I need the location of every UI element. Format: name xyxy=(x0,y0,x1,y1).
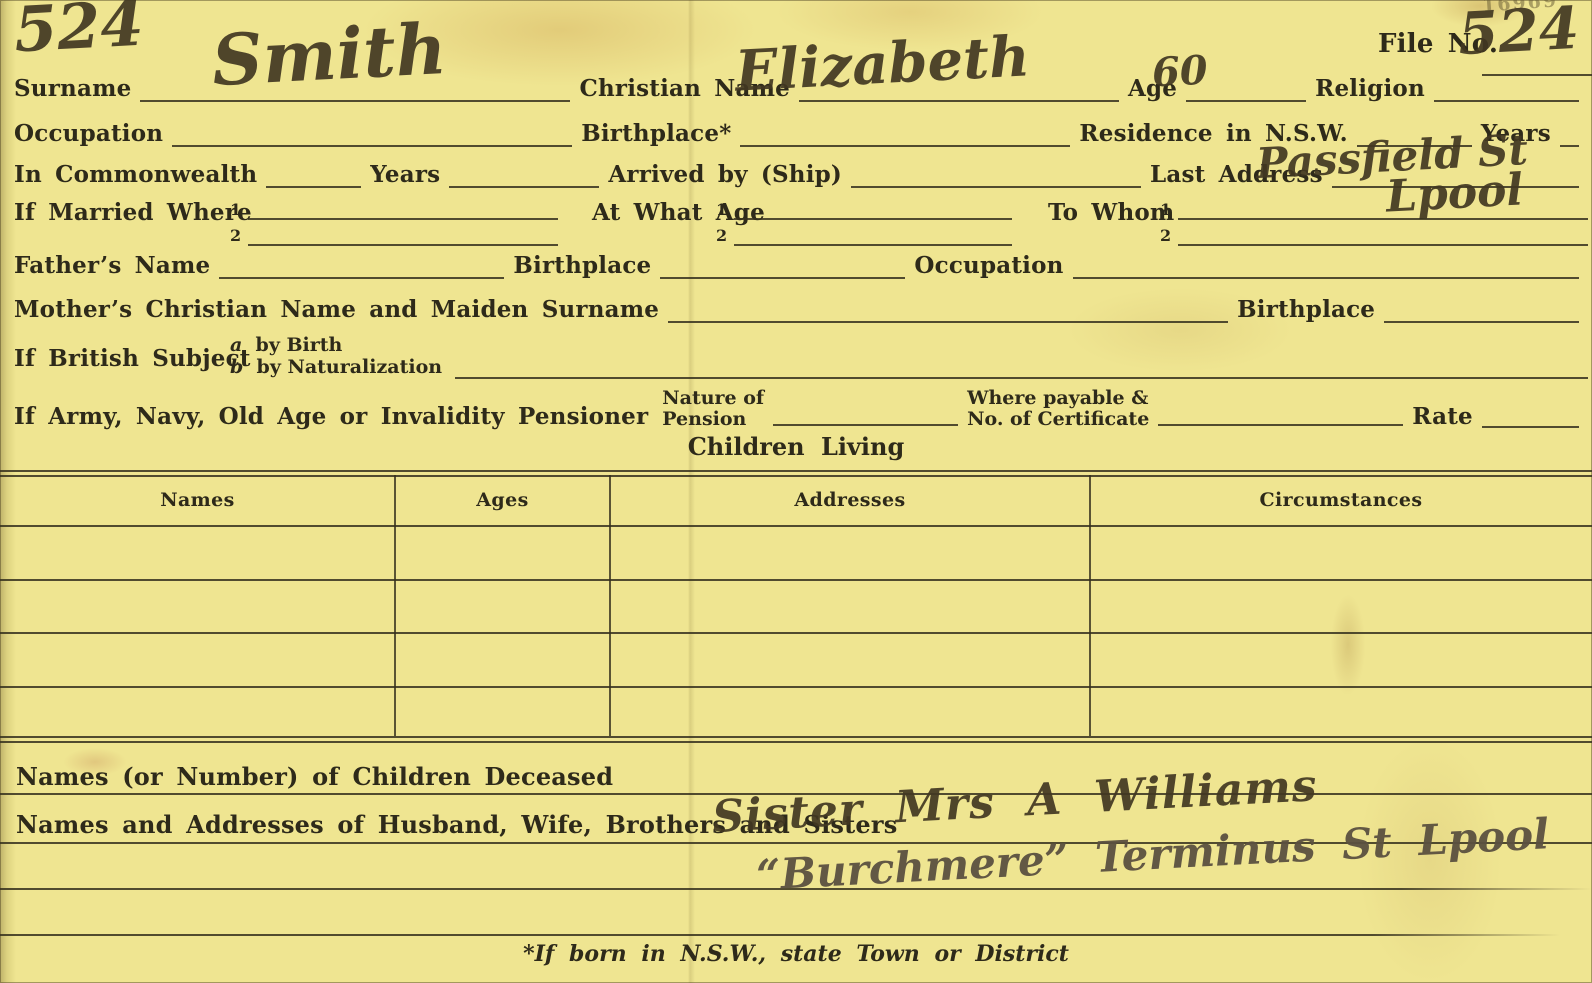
married-frac-1: 1 xyxy=(230,202,241,218)
rate-label: Rate xyxy=(1412,404,1473,430)
rate-line xyxy=(1482,418,1579,428)
footnote: *If born in N.S.W., state Town or Distri… xyxy=(0,941,1592,967)
mothers-name-label: Mother’s Christian Name and Maiden Surna… xyxy=(14,297,659,323)
whom-frac-2: 2 xyxy=(1160,228,1171,244)
table-top-line-outer xyxy=(0,470,1592,472)
commonwealth-years-label: Years xyxy=(370,162,440,188)
table-bottom-line-inner xyxy=(0,741,1592,743)
table-header-names: Names xyxy=(0,489,395,511)
mother-birthplace-line xyxy=(1384,313,1579,323)
birthplace-line xyxy=(740,137,1070,147)
arrived-line xyxy=(851,178,1141,188)
age-frac-1: 1 xyxy=(716,202,727,218)
age-frac-2: 2 xyxy=(716,228,727,244)
pension-registration-card: 16969 524 File No. 524 Surname Christian… xyxy=(0,0,1592,983)
by-naturalization-text: by Naturalization xyxy=(257,356,443,378)
table-header-circumstances: Circumstances xyxy=(1090,489,1592,511)
occupation-line xyxy=(172,137,572,147)
table-bottom-line-outer xyxy=(0,736,1592,738)
birthplace-label: Birthplace* xyxy=(581,121,731,147)
mothers-name-line xyxy=(668,313,1228,323)
surname-value-handwritten: Smith xyxy=(210,14,448,96)
file-no-value-handwritten: 524 xyxy=(1457,0,1581,63)
fathers-name-label: Father’s Name xyxy=(14,253,210,279)
row-father: Father’s Name Birthplace Occupation xyxy=(14,243,1588,279)
to-whom-line-1 xyxy=(1178,218,1588,220)
no-certificate-text: No. of Certificate xyxy=(967,409,1149,430)
card-number-handwritten: 524 xyxy=(12,0,144,61)
option-a-letter: a xyxy=(230,334,242,356)
by-birth-text: by Birth xyxy=(256,334,343,356)
in-commonwealth-label: In Commonwealth xyxy=(14,162,257,188)
fathers-name-line xyxy=(219,269,504,279)
married-frac-2: 2 xyxy=(230,228,241,244)
if-married-where-label: If Married Where xyxy=(14,200,252,225)
father-birthplace-line xyxy=(660,269,905,279)
children-deceased-label: Names (or Number) of Children Deceased xyxy=(16,764,613,790)
father-occupation-label: Occupation xyxy=(914,253,1063,279)
surname-label: Surname xyxy=(14,76,131,102)
table-header-addresses: Addresses xyxy=(610,489,1090,511)
at-age-line-1 xyxy=(734,218,1012,220)
at-what-age-label: At What Age xyxy=(592,200,765,225)
last-address-value2-handwritten: Lpool xyxy=(1385,168,1524,219)
table-vline-names-ages xyxy=(394,475,396,736)
christian-name-value-handwritten: Elizabeth xyxy=(734,28,1031,99)
nature-of-pension-line xyxy=(773,416,958,426)
residence-years-line xyxy=(1560,137,1579,147)
whom-frac-1: 1 xyxy=(1160,202,1171,218)
table-vline-addresses-circumstances xyxy=(1089,475,1091,736)
row-pensioner: If Army, Navy, Old Age or Invalidity Pen… xyxy=(14,382,1588,430)
commonwealth-years-line xyxy=(449,178,599,188)
married-line-1 xyxy=(248,218,558,220)
arrived-by-ship-label: Arrived by (Ship) xyxy=(608,162,842,188)
father-occupation-line xyxy=(1073,269,1579,279)
children-living-title: Children Living xyxy=(0,432,1592,461)
where-payable-text: Where payable & xyxy=(967,388,1149,409)
footer-line xyxy=(0,934,1560,936)
father-birthplace-label: Birthplace xyxy=(513,253,651,279)
by-birth-option: a by Birth xyxy=(230,334,442,356)
by-naturalization-option: b by Naturalization xyxy=(230,356,442,378)
religion-label: Religion xyxy=(1315,76,1425,102)
mother-birthplace-label: Birthplace xyxy=(1237,297,1375,323)
table-top-line-inner xyxy=(0,475,1592,477)
nature-of-pension-label: Nature of Pension xyxy=(662,388,764,430)
age-value-handwritten: 60 xyxy=(1151,51,1209,94)
nature-of-text: Nature of xyxy=(662,388,764,409)
option-b-letter: b xyxy=(230,356,243,378)
pensioner-label: If Army, Navy, Old Age or Invalidity Pen… xyxy=(14,404,648,430)
row-mother: Mother’s Christian Name and Maiden Surna… xyxy=(14,287,1588,323)
table-row-line-1 xyxy=(0,579,1592,581)
occupation-label: Occupation xyxy=(14,121,163,147)
where-payable-label: Where payable & No. of Certificate xyxy=(967,388,1149,430)
table-header-ages: Ages xyxy=(395,489,610,511)
in-commonwealth-line xyxy=(266,178,361,188)
pension-text: Pension xyxy=(662,409,764,430)
table-row-line-2 xyxy=(0,632,1592,634)
british-subject-label: If British Subject xyxy=(14,346,251,371)
british-subject-options: a by Birth b by Naturalization xyxy=(230,334,442,378)
to-whom-label: To Whom xyxy=(1048,200,1174,225)
table-header-bottom-line xyxy=(0,525,1592,527)
where-payable-line xyxy=(1158,416,1403,426)
table-row-line-3 xyxy=(0,686,1592,688)
table-vline-ages-addresses xyxy=(609,475,611,736)
religion-line xyxy=(1434,92,1579,102)
british-subject-line xyxy=(455,377,1588,379)
